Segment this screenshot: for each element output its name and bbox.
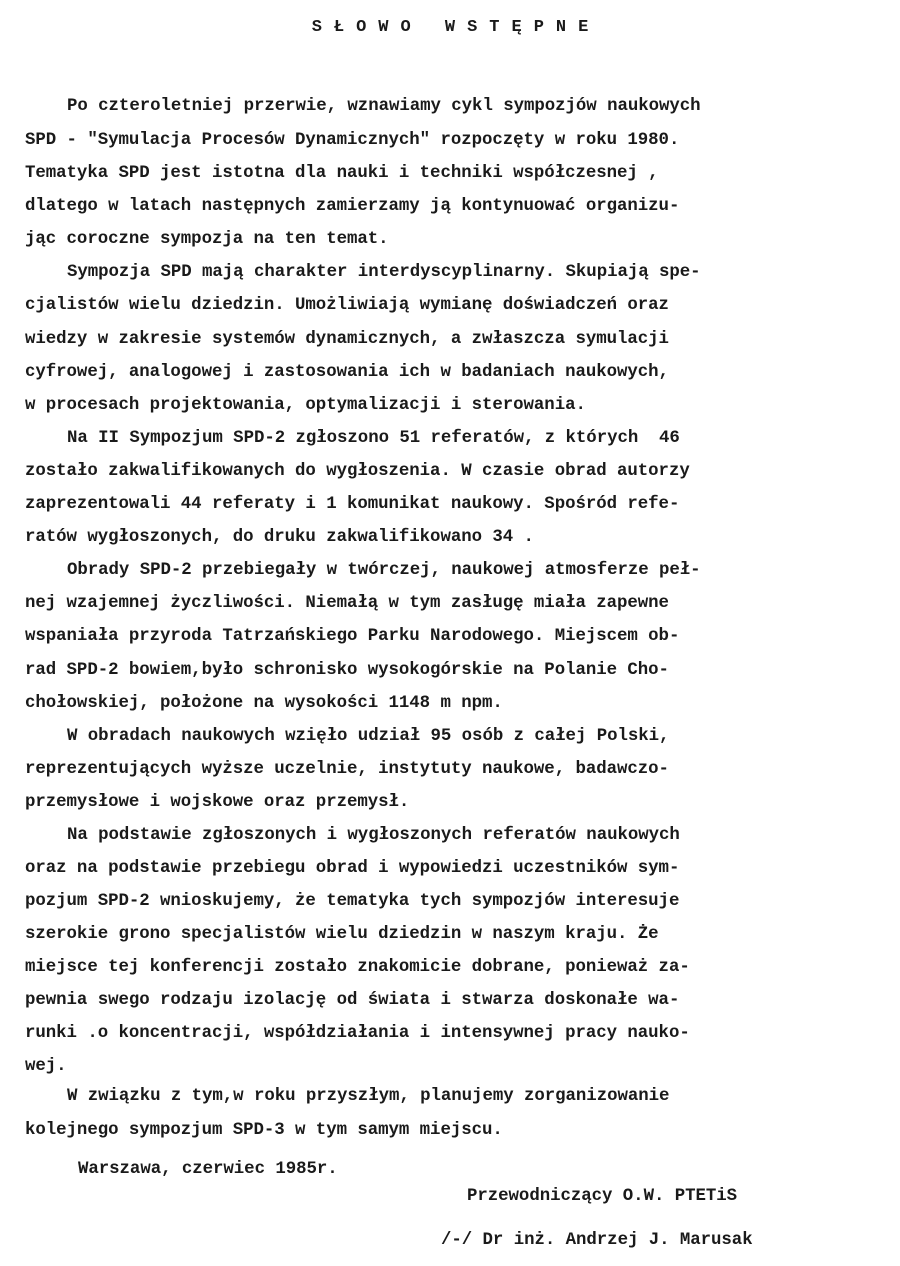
document-page: SŁOWO WSTĘPNE Po czteroletniej przerwie,… [0,0,900,1266]
place-date: Warszawa, czerwiec 1985r. [78,1160,338,1180]
text-line: pewnia swego rodzaju izolację od świata … [25,991,679,1011]
text-line: SPD - "Symulacja Procesów Dynamicznych" … [25,131,679,151]
text-line: ratów wygłoszonych, do druku zakwalifiko… [25,528,534,548]
text-line: wiedzy w zakresie systemów dynamicznych,… [25,330,669,350]
text-line: Na podstawie zgłoszonych i wygłoszonych … [67,826,680,846]
signature-name: /-/ Dr inż. Andrzej J. Marusak [441,1231,753,1251]
text-line: miejsce tej konferencji zostało znakomic… [25,958,690,978]
document-title: SŁOWO WSTĘPNE [0,18,900,37]
text-line: zostało zakwalifikowanych do wygłoszenia… [25,462,690,482]
text-line: przemysłowe i wojskowe oraz przemysł. [25,793,409,813]
text-line: kolejnego sympozjum SPD-3 w tym samym mi… [25,1121,503,1141]
text-line: Sympozja SPD mają charakter interdyscypl… [67,263,701,283]
text-line: Obrady SPD-2 przebiegały w twórczej, nau… [67,561,701,581]
text-line: W obradach naukowych wzięło udział 95 os… [67,727,669,747]
text-line: jąc coroczne sympozja na ten temat. [25,230,389,250]
text-line: Tematyka SPD jest istotna dla nauki i te… [25,164,659,184]
text-line: wspaniała przyroda Tatrzańskiego Parku N… [25,627,679,647]
text-line: dlatego w latach następnych zamierzamy j… [25,197,679,217]
text-line: wej. [25,1057,67,1077]
text-line: cyfrowej, analogowej i zastosowania ich … [25,363,669,383]
text-line: pozjum SPD-2 wnioskujemy, że tematyka ty… [25,892,679,912]
text-line: w procesach projektowania, optymalizacji… [25,396,586,416]
text-line: rad SPD-2 bowiem,było schronisko wysokog… [25,661,669,681]
text-line: cjalistów wielu dziedzin. Umożliwiają wy… [25,296,669,316]
text-line: nej wzajemnej życzliwości. Niemałą w tym… [25,594,669,614]
text-line: runki .o koncentracji, współdziałania i … [25,1024,690,1044]
text-line: Po czteroletniej przerwie, wznawiamy cyk… [67,97,701,117]
text-line: reprezentujących wyższe uczelnie, instyt… [25,760,669,780]
text-line: szerokie grono specjalistów wielu dziedz… [25,925,659,945]
signature-role: Przewodniczący O.W. PTETiS [467,1187,737,1207]
text-line: oraz na podstawie przebiegu obrad i wypo… [25,859,679,879]
text-line: W związku z tym,w roku przyszłym, planuj… [67,1087,669,1107]
text-line: zaprezentowali 44 referaty i 1 komunikat… [25,495,679,515]
text-line: chołowskiej, położone na wysokości 1148 … [25,694,503,714]
text-line: Na II Sympozjum SPD-2 zgłoszono 51 refer… [67,429,680,449]
